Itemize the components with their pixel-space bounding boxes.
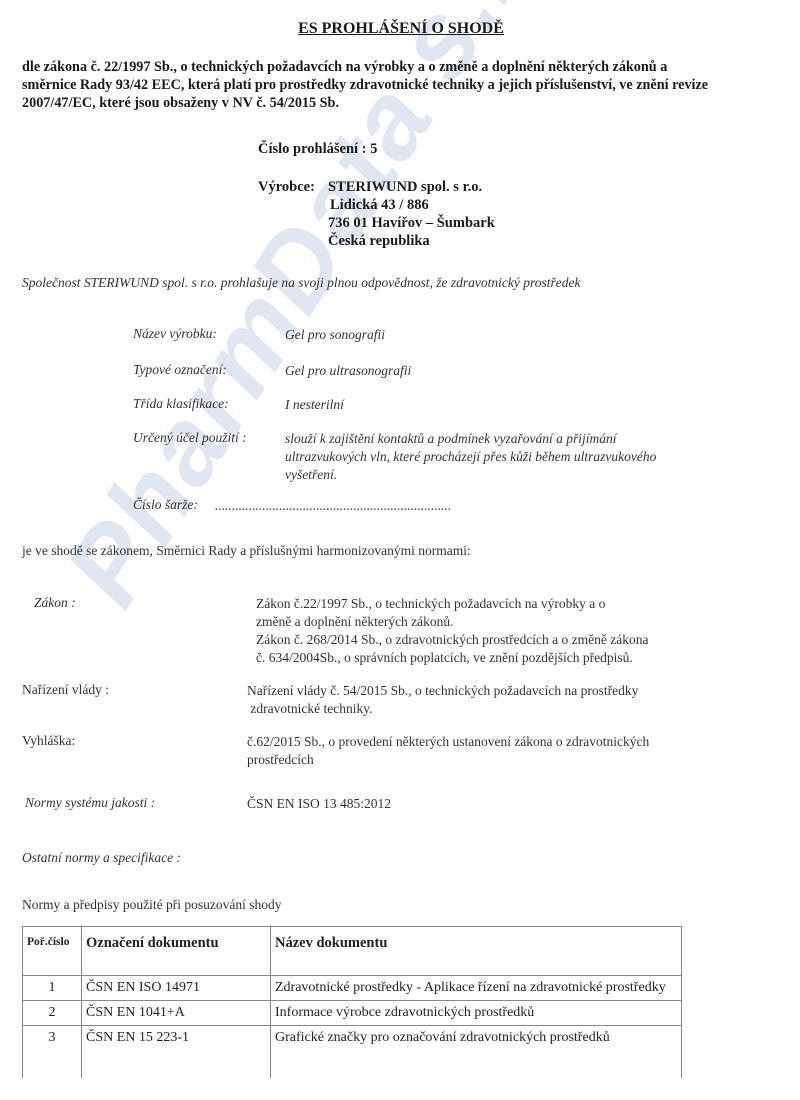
purpose-line: ultrazvukových vln, které procházejí pře… [285, 448, 656, 466]
batch-number-label: Číslo šarže: [133, 497, 198, 513]
header-document-name: Název dokumentu [271, 927, 682, 976]
law-line: Zákon č. 268/2014 Sb., o zdravotnických … [256, 631, 649, 649]
manufacturer-city: 736 01 Havířov – Šumbark [328, 214, 495, 232]
conformity-statement: je ve shodě se zákonem, Směrnici Rady a … [22, 543, 471, 559]
product-class-value: I nesterilní [285, 396, 344, 414]
product-type-label: Typové označení: [133, 362, 227, 378]
row-document-name: Zdravotnické prostředky - Aplikace řízen… [271, 976, 682, 1001]
decree-label: Vyhláška: [22, 733, 75, 749]
batch-number-field: ........................................… [215, 497, 451, 515]
manufacturer-name: STERIWUND spol. s r.o. [328, 178, 495, 196]
intro-line: dle zákona č. 22/1997 Sb., o technických… [22, 58, 782, 76]
header-order-number: Poř.číslo [23, 927, 82, 976]
regulation-value: Nařízení vlády č. 54/2015 Sb., o technic… [247, 682, 638, 718]
manufacturer-label: Výrobce: [258, 178, 328, 196]
decree-value: č.62/2015 Sb., o provedení některých ust… [247, 733, 649, 769]
regulation-label: Nařízení vlády : [22, 682, 109, 698]
company-declaration: Společnost STERIWUND spol. s r.o. prohla… [22, 275, 580, 291]
norms-table-title: Normy a předpisy použité při posuzování … [22, 897, 281, 913]
product-purpose-label: Určený účel použití : [133, 430, 247, 446]
norms-table: Poř.číslo Označení dokumentu Název dokum… [22, 926, 682, 1078]
row-number: 2 [23, 1001, 82, 1026]
other-norms-label: Ostatní normy a specifikace : [22, 850, 181, 866]
row-document-code: ČSN EN 1041+A [82, 1001, 271, 1026]
intro-line: 2007/47/EC, které jsou obsaženy v NV č. … [22, 94, 782, 112]
intro-line: směrnice Rady 93/42 EEC, která platí pro… [22, 76, 782, 94]
row-document-code: ČSN EN 15 223-1 [82, 1026, 271, 1079]
decree-line: prostředcích [247, 751, 649, 769]
decree-line: č.62/2015 Sb., o provedení některých ust… [247, 733, 649, 751]
law-line: Zákon č.22/1997 Sb., o technických požad… [256, 595, 649, 613]
regulation-line: zdravotnické techniky. [247, 700, 638, 718]
regulation-line: Nařízení vlády č. 54/2015 Sb., o technic… [247, 682, 638, 700]
document-title: ES PROHLÁŠENÍ O SHODĚ [0, 20, 800, 38]
table-header-row: Poř.číslo Označení dokumentu Název dokum… [23, 927, 682, 976]
law-line: změně a doplnění některých zákonů. [256, 613, 649, 631]
law-line: č. 634/2004Sb., o správních poplatcích, … [256, 649, 649, 667]
document-title-text: ES PROHLÁŠENÍ O SHODĚ [296, 20, 544, 37]
declaration-number: Číslo prohlášení : 5 [258, 141, 377, 158]
law-value: Zákon č.22/1997 Sb., o technických požad… [256, 595, 649, 667]
product-name-label: Název výrobku: [133, 326, 217, 342]
intro-paragraph: dle zákona č. 22/1997 Sb., o technických… [22, 58, 782, 112]
product-type-value: Gel pro ultrasonografii [285, 362, 411, 380]
row-document-name: Informace výrobce zdravotnických prostře… [271, 1001, 682, 1026]
row-number: 3 [23, 1026, 82, 1079]
product-name-value: Gel pro sonografii [285, 326, 385, 344]
manufacturer-address: STERIWUND spol. s r.o. Lidická 43 / 886 … [328, 178, 495, 250]
table-row: 3 ČSN EN 15 223-1 Grafické značky pro oz… [23, 1026, 682, 1079]
law-label: Zákon : [34, 595, 76, 611]
quality-norms-value: ČSN EN ISO 13 485:2012 [247, 795, 391, 813]
header-document-code: Označení dokumentu [82, 927, 271, 976]
purpose-line: slouží k zajištění kontaktů a podmínek v… [285, 430, 656, 448]
row-number: 1 [23, 976, 82, 1001]
product-purpose-value: slouží k zajištění kontaktů a podmínek v… [285, 430, 656, 484]
purpose-line: vyšetření. [285, 466, 656, 484]
product-class-label: Třída klasifikace: [133, 396, 229, 412]
manufacturer-street: Lidická 43 / 886 [328, 196, 495, 214]
table-row: 1 ČSN EN ISO 14971 Zdravotnické prostřed… [23, 976, 682, 1001]
manufacturer-country: Česká republika [328, 232, 495, 250]
row-document-code: ČSN EN ISO 14971 [82, 976, 271, 1001]
table-row: 2 ČSN EN 1041+A Informace výrobce zdravo… [23, 1001, 682, 1026]
quality-norms-label: Normy systému jakosti : [25, 795, 155, 811]
row-document-name: Grafické značky pro označování zdravotni… [271, 1026, 682, 1079]
manufacturer-block: Výrobce: STERIWUND spol. s r.o. Lidická … [258, 178, 328, 196]
